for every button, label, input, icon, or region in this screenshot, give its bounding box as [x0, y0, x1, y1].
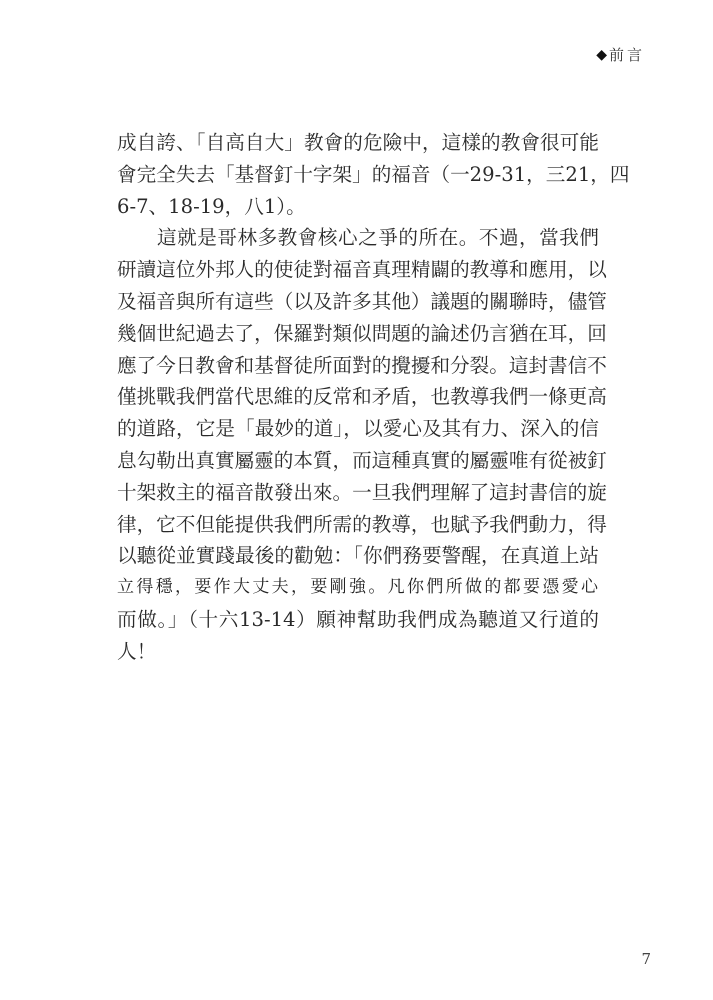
text-line: 的道路，它是「最妙的道」，以愛心及其有力、深入的信	[117, 413, 599, 445]
text-line: 而做。」（十六13-14）願神幫助我們成為聽道又行道的	[117, 604, 599, 636]
text-line: 人！	[117, 636, 599, 668]
text-line: 以聽從並實踐最後的勸勉：「你們務要警醒，在真道上站	[117, 540, 599, 572]
paragraph-2: 這就是哥林多教會核心之爭的所在。不過，當我們 研讀這位外邦人的使徒對福音真理精闢…	[117, 222, 599, 667]
text-line: 僅挑戰我們當代思維的反常和矛盾，也教導我們一條更高	[117, 381, 599, 413]
page-number: 7	[641, 950, 651, 968]
text-line: 及福音與所有這些（以及許多其他）議題的關聯時，儘管	[117, 286, 599, 318]
text-line: 應了今日教會和基督徒所面對的攪擾和分裂。這封書信不	[117, 350, 599, 382]
paragraph-1: 成自誇、「自高自大」教會的危險中，這樣的教會很可能 會完全失去「基督釘十字架」的…	[117, 127, 599, 222]
running-header: ◆ 前言	[596, 44, 645, 65]
body-text: 成自誇、「自高自大」教會的危險中，這樣的教會很可能 會完全失去「基督釘十字架」的…	[117, 127, 599, 668]
text-line: 6-7、18-19，八1）。	[117, 191, 599, 223]
text-line: 幾個世紀過去了，保羅對類似問題的論述仍言猶在耳，回	[117, 318, 599, 350]
text-line: 研讀這位外邦人的使徒對福音真理精闢的教導和應用，以	[117, 254, 599, 286]
text-line: 會完全失去「基督釘十字架」的福音（一29-31，三21，四	[117, 159, 599, 191]
text-line: 息勾勒出真實屬靈的本質，而這種真實的屬靈唯有從被釘	[117, 445, 599, 477]
diamond-bullet-icon: ◆	[596, 47, 607, 63]
text-line: 十架救主的福音散發出來。一旦我們理解了這封書信的旋	[117, 477, 599, 509]
text-line: 律，它不但能提供我們所需的教導，也賦予我們動力，得	[117, 509, 599, 541]
text-line: 成自誇、「自高自大」教會的危險中，這樣的教會很可能	[117, 127, 599, 159]
chapter-title: 前言	[609, 44, 645, 65]
scripture-quote-line: 立得穩，要作大丈夫，要剛強。凡你們所做的都要憑愛心	[117, 572, 599, 604]
text-line: 這就是哥林多教會核心之爭的所在。不過，當我們	[117, 222, 599, 254]
